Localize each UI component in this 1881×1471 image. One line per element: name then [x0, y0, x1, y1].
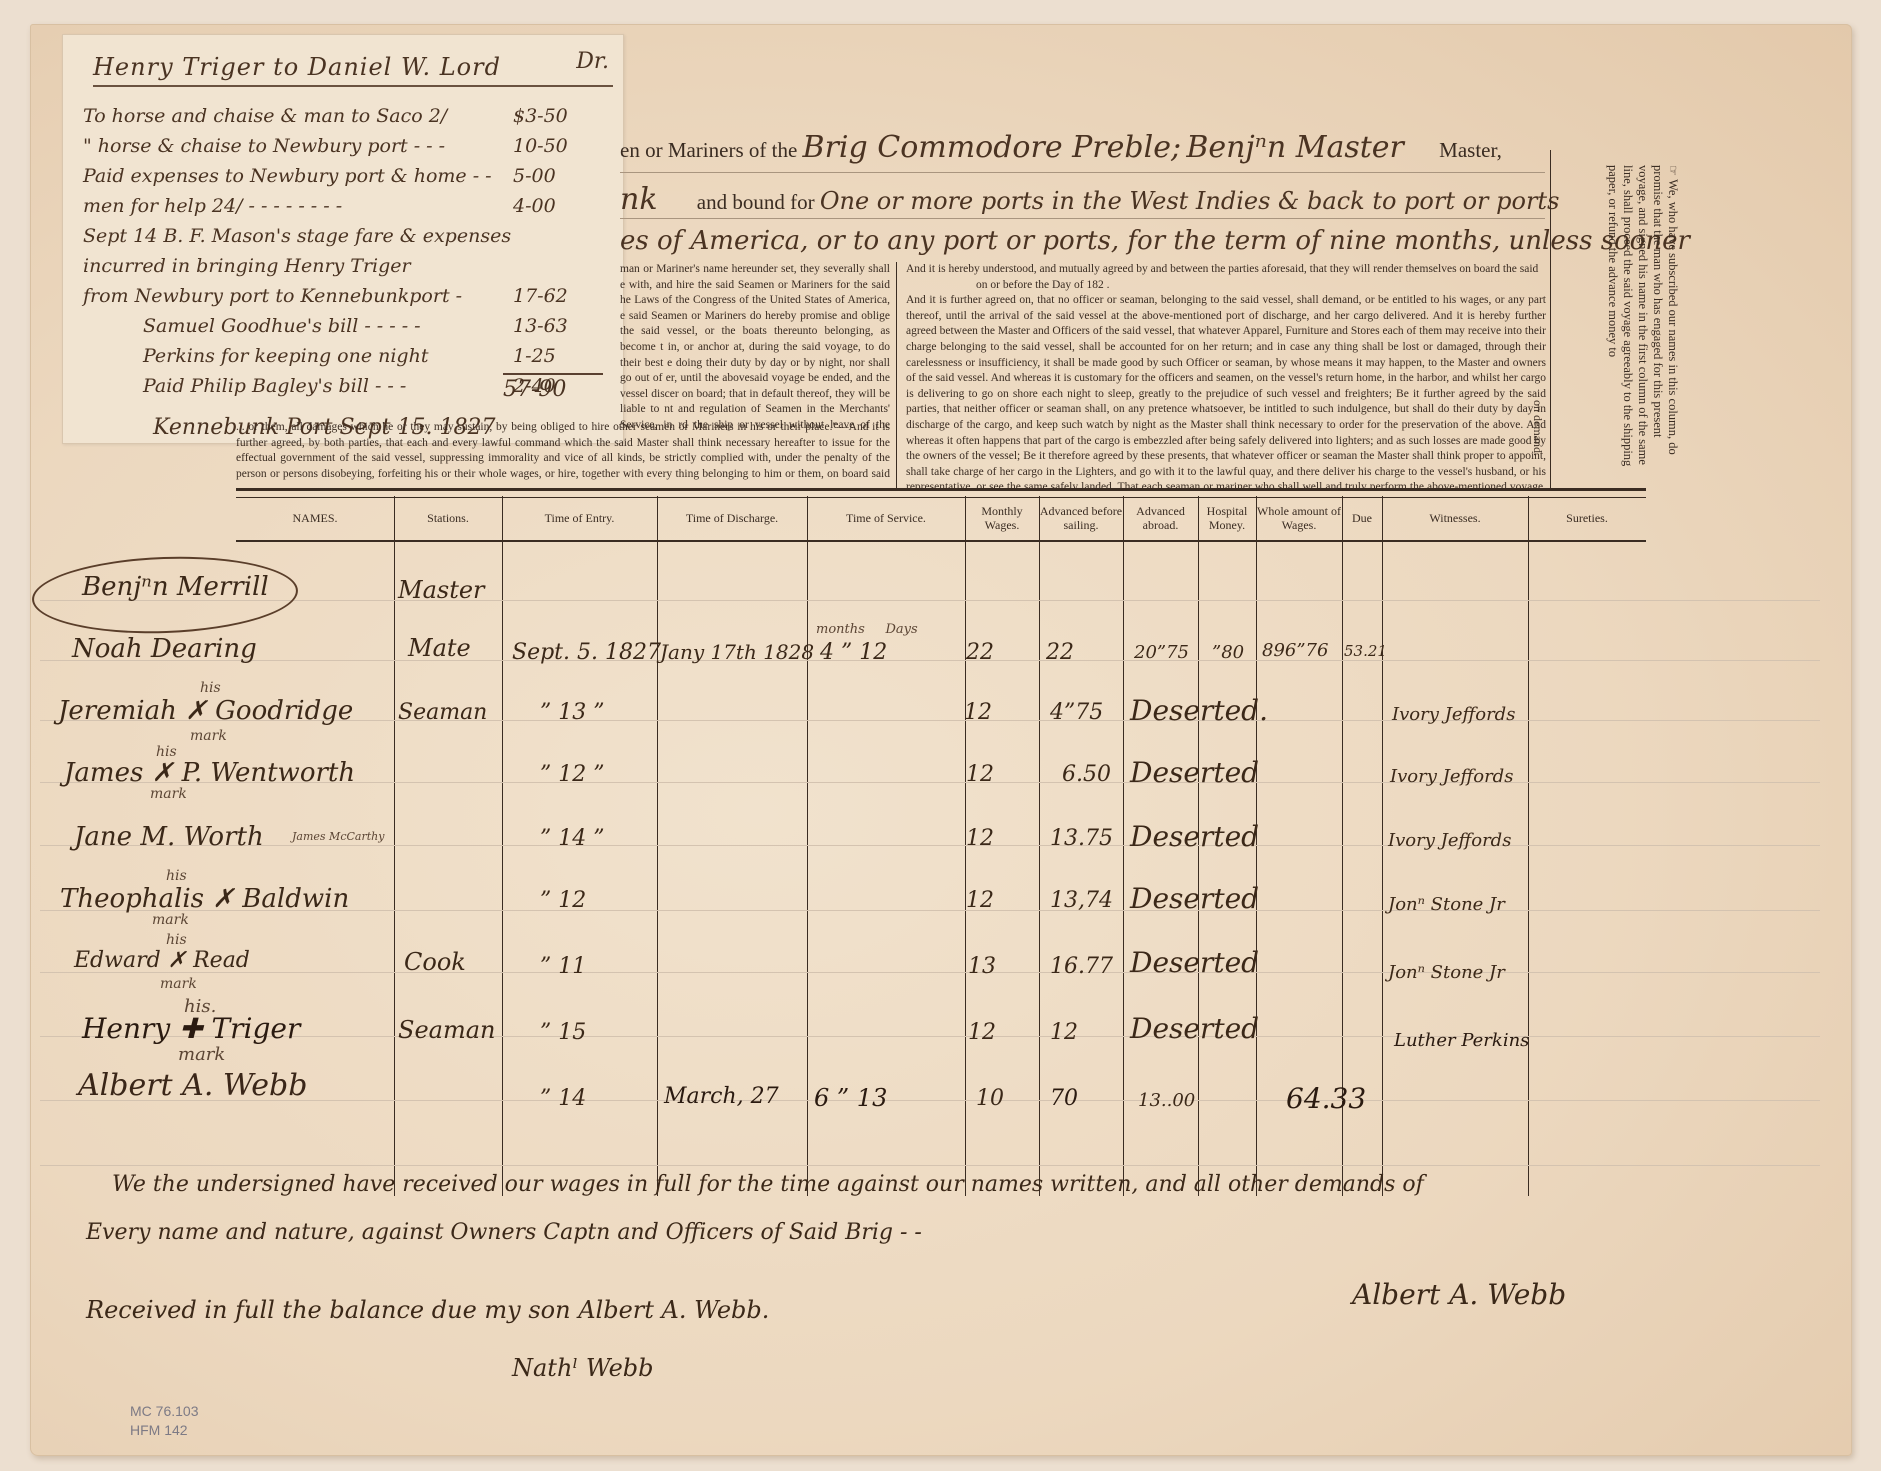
bill-lines: To horse and chaise & man to Saco 2/$3-5… — [83, 105, 603, 405]
ruled-line — [40, 972, 1820, 973]
col-time-service: Time of Service. — [807, 496, 965, 540]
header-line-3: es of America, or to any port or ports, … — [620, 226, 1690, 256]
bill-debit-label: Dr. — [576, 49, 609, 74]
column-line — [1382, 496, 1383, 1196]
column-line — [807, 496, 808, 1196]
table-header: NAMES. Stations. Time of Entry. Time of … — [236, 496, 1646, 540]
col-whole-amount: Whole amount of Wages. — [1256, 496, 1342, 540]
bill-total: 57-90 — [503, 373, 603, 402]
bill-line: Perkins for keeping one night1-25 — [83, 345, 603, 375]
agreement-clause-left: man or Mariner's name hereunder set, the… — [620, 262, 890, 432]
col-monthly-wages: Monthly Wages. — [965, 496, 1039, 540]
col-due: Due — [1342, 496, 1382, 540]
archive-catalog-number: MC 76.103 HFM 142 — [130, 1402, 198, 1440]
column-line — [502, 496, 503, 1196]
bill-line: Sept 14 B. F. Mason's stage fare & expen… — [83, 225, 603, 255]
master-name: Benjⁿn Master — [1186, 130, 1404, 165]
header-line-1: en or Mariners of the Brig Commodore Pre… — [620, 130, 1502, 165]
bill-title: Henry Triger to Daniel W. Lord — [93, 53, 613, 87]
bill-line: men for help 24/ - - - - - - - -4-00 — [83, 195, 603, 225]
agreement-clause-right: And it is hereby understood, and mutuall… — [906, 262, 1546, 488]
fill-line — [620, 218, 1545, 219]
column-line — [1123, 496, 1124, 1196]
col-stations: Stations. — [394, 496, 502, 540]
agreement-clause-bottom: ... or them, all damages which he or the… — [236, 420, 890, 484]
ruled-line — [40, 600, 1820, 601]
bill-line: " horse & chaise to Newbury port - - -10… — [83, 135, 603, 165]
header-line-2: nk and bound for One or more ports in th… — [620, 182, 1559, 217]
ruled-line — [40, 1036, 1820, 1037]
bill-line: To horse and chaise & man to Saco 2/$3-5… — [83, 105, 603, 135]
bill-line: incurred in bringing Henry Triger — [83, 255, 603, 285]
col-hospital-money: Hospital Money. — [1198, 496, 1256, 540]
signature-nathl-webb: Nathˡ Webb — [512, 1354, 654, 1382]
bill-line: Samuel Goodhue's bill - - - - -13-63 — [83, 315, 603, 345]
clause-divider — [896, 262, 897, 488]
col-time-discharge: Time of Discharge. — [657, 496, 807, 540]
right-margin-rule — [1550, 150, 1551, 488]
ruled-line — [40, 1165, 1820, 1166]
col-names: NAMES. — [236, 496, 394, 540]
col-time-entry: Time of Entry. — [502, 496, 657, 540]
column-line — [657, 496, 658, 1196]
col-advanced-before: Advanced before sailing. — [1039, 496, 1123, 540]
ruled-line — [40, 845, 1820, 846]
column-line — [1528, 496, 1529, 1196]
bill-line: from Newbury port to Kennebunkport -17-6… — [83, 285, 603, 315]
receipt-line-1: We the undersigned have received our wag… — [112, 1172, 1424, 1197]
vessel-name: Brig Commodore Preble; — [803, 130, 1182, 165]
table-header-rule — [236, 540, 1646, 542]
col-witnesses: Witnesses. — [1382, 496, 1528, 540]
column-line — [394, 496, 395, 1196]
ruled-line — [40, 660, 1820, 661]
destination: One or more ports in the West Indies & b… — [820, 187, 1560, 215]
pasted-bill: Henry Triger to Daniel W. Lord Dr. To ho… — [62, 34, 624, 444]
col-sureties: Sureties. — [1528, 496, 1646, 540]
column-line — [1039, 496, 1040, 1196]
bill-line: Paid expenses to Newbury port & home - -… — [83, 165, 603, 195]
receipt-line-3: Received in full the balance due my son … — [86, 1296, 769, 1324]
signature-albert-webb: Albert A. Webb — [1352, 1278, 1566, 1311]
sureties-vertical-note: ☞ We, who have subscribed our names in t… — [1590, 165, 1680, 475]
col-advanced-abroad: Advanced abroad. — [1123, 496, 1198, 540]
fill-line — [620, 172, 1545, 173]
receipt-line-2: Every name and nature, against Owners Ca… — [86, 1220, 922, 1245]
on-demand-label: on demand. — [1530, 400, 1545, 456]
